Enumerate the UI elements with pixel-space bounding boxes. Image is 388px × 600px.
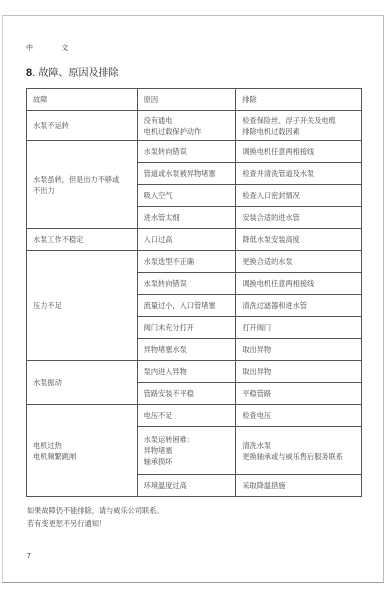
- fault-cell: 水泵虽转，但是出力不够或不出力: [27, 141, 138, 229]
- remedy-cell: 降低水泵安装高度: [236, 229, 362, 251]
- remedy-cell: 平稳管路: [236, 383, 362, 405]
- troubleshooting-table: 故障 原因 排除 水泵不运转 没有通电电机过载保护动作 检查保险丝、浮子开关及电…: [26, 88, 362, 497]
- contact-note: 如果故障仍不能排除，请与威乐公司联系。: [27, 504, 164, 517]
- cause-cell: 异物堵塞水泵: [137, 339, 236, 361]
- fault-cell: 水泵不运转: [27, 111, 138, 141]
- cause-cell: 水泵转向错误: [137, 273, 236, 295]
- column-header-remedy: 排除: [236, 89, 362, 111]
- cause-cell: 水泵运转困难：异物堵塞轴承损坏: [137, 427, 236, 475]
- remedy-cell: 调换电机任意两相接线: [236, 273, 362, 295]
- remedy-cell: 取出异物: [236, 339, 362, 361]
- remedy-cell: 检查入口密封情况: [236, 185, 362, 207]
- remedy-cell: 安装合适的进水管: [236, 207, 362, 229]
- change-notice: 若有变更恕不另行通知！: [27, 517, 164, 530]
- table-row: 压力不足 水泵选型不正确 更换合适的水泵: [27, 251, 362, 273]
- cause-cell: 水泵转向错误: [137, 141, 236, 163]
- section-title: 8. 故障、原因及排除: [26, 64, 118, 79]
- cause-cell: 管道或水泵被异物堵塞: [137, 163, 236, 185]
- remedy-cell: 调换电机任意两相接线: [236, 141, 362, 163]
- remedy-cell: 更换合适的水泵: [236, 251, 362, 273]
- cause-cell: 水泵选型不正确: [137, 251, 236, 273]
- remedy-cell: 检查保险丝、浮子开关及电缆排除电机过载因素: [236, 111, 362, 141]
- remedy-cell: 清洗水泵更换轴承或与威乐售后服务联系: [236, 427, 362, 475]
- remedy-cell: 检查并清洗管道及水泵: [236, 163, 362, 185]
- table-row: 电机过热电机频繁跳闸 电压不足 检查电压: [27, 405, 362, 427]
- remedy-cell: 打开阀门: [236, 317, 362, 339]
- remedy-cell: 检查电压: [236, 405, 362, 427]
- cause-cell: 管路安装不平稳: [137, 383, 236, 405]
- column-header-cause: 原因: [137, 89, 236, 111]
- fault-cell: 压力不足: [27, 251, 138, 361]
- remedy-cell: 取出异物: [236, 361, 362, 383]
- table-row: 水泵不运转 没有通电电机过载保护动作 检查保险丝、浮子开关及电缆排除电机过载因素: [27, 111, 362, 141]
- table-header-row: 故障 原因 排除: [27, 89, 362, 111]
- page-number: 7: [27, 553, 31, 560]
- cause-cell: 没有通电电机过载保护动作: [137, 111, 236, 141]
- remedy-cell: 采取降温措施: [236, 475, 362, 497]
- language-label: 中 文: [26, 43, 81, 53]
- cause-cell: 环境温度过高: [137, 475, 236, 497]
- cause-cell: 吸入空气: [137, 185, 236, 207]
- column-header-fault: 故障: [27, 89, 138, 111]
- cause-cell: 入口过高: [137, 229, 236, 251]
- cause-cell: 泵内进入异物: [137, 361, 236, 383]
- fault-cell: 电机过热电机频繁跳闸: [27, 405, 138, 497]
- section-title-text: . 故障、原因及排除: [32, 68, 118, 79]
- table-row: 水泵虽转，但是出力不够或不出力 水泵转向错误 调换电机任意两相接线: [27, 141, 362, 163]
- table-row: 水泵振动 泵内进入异物 取出异物: [27, 361, 362, 383]
- cause-cell: 流量过小，入口管堵塞: [137, 295, 236, 317]
- cause-cell: 电压不足: [137, 405, 236, 427]
- cause-cell: 进水管太细: [137, 207, 236, 229]
- remedy-cell: 清洗过滤器和进水管: [236, 295, 362, 317]
- cause-cell: 阀门未充分打开: [137, 317, 236, 339]
- fault-cell: 水泵工作不稳定: [27, 229, 138, 251]
- footer-notes: 如果故障仍不能排除，请与威乐公司联系。 若有变更恕不另行通知！: [27, 504, 164, 530]
- table-row: 水泵工作不稳定 入口过高 降低水泵安装高度: [27, 229, 362, 251]
- fault-cell: 水泵振动: [27, 361, 138, 405]
